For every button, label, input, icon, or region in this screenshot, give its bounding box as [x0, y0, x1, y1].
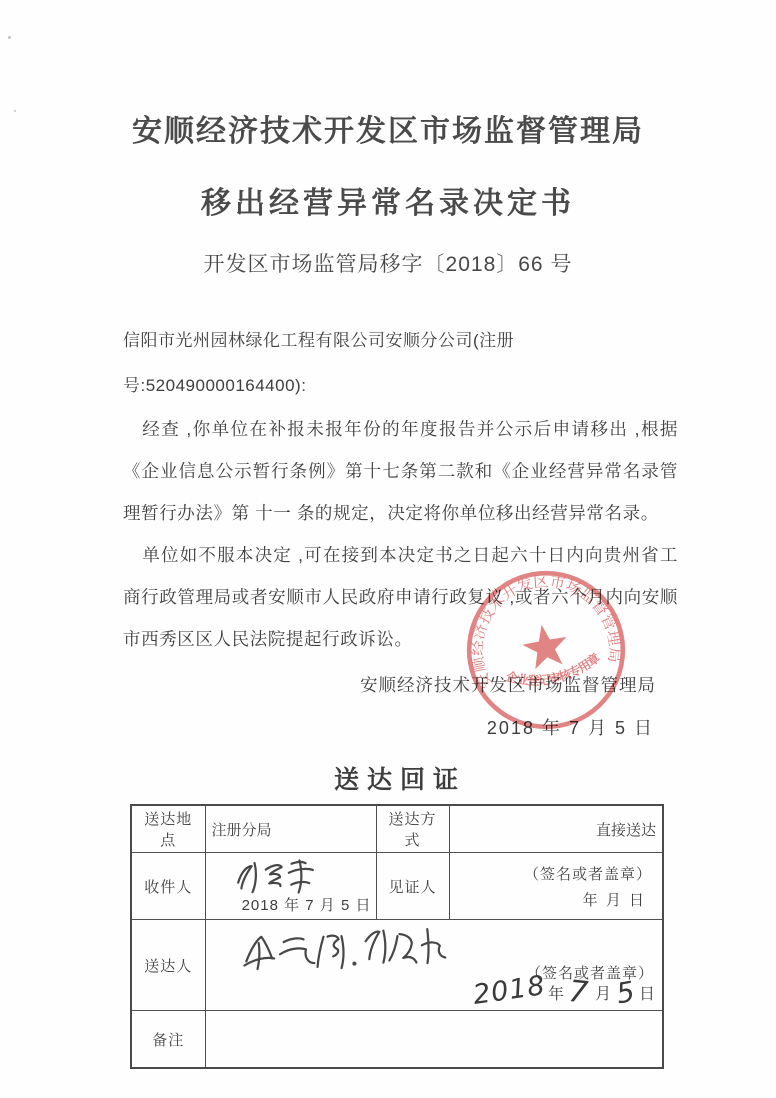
- table-row: 送达地点 注册分局 送达方式 直接送达: [131, 805, 663, 853]
- day-unit: 日: [639, 986, 656, 1003]
- delivery-method-value: 直接送达: [449, 805, 663, 853]
- delivery-place-value: 注册分局: [205, 805, 376, 853]
- witness-date-blank: 年 月 日: [456, 889, 657, 910]
- witness-label: 见证人: [376, 853, 449, 920]
- witness-signature-cell: （签名或者盖章） 年 月 日: [449, 853, 663, 920]
- remark-value-cell: [205, 1011, 663, 1069]
- year-unit: 年: [548, 986, 565, 1003]
- scan-speckle: [8, 36, 11, 39]
- closing-block: 安顺经济技术开发区市场监督管理局 2018 年 7 月 5 日: [123, 672, 678, 740]
- addressee-block: 信阳市光州园林绿化工程有限公司安顺分公司(注册 号:52049000016440…: [123, 318, 678, 408]
- deliverer-hand-date: 2018年7月5日: [473, 972, 656, 1007]
- scan-speckle: [14, 110, 16, 112]
- deliverer-signature-cell: （签名或者盖章） 2018年7月5日: [205, 920, 663, 1011]
- body-paragraph-2: 单位如不服本决定 ,可在接到本决定书之日起六十日内向贵州省工商行政管理局或者安顺…: [123, 534, 678, 660]
- document-title-line2: 移出经营异常名录决定书: [0, 178, 776, 222]
- document-title-line1: 安顺经济技术开发区市场监督管理局: [0, 0, 776, 150]
- body-paragraph-1: 经查 ,你单位在补报未报年份的年度报告并公示后申请移出 ,根据《企业信息公示暂行…: [123, 408, 678, 534]
- deliverer-label: 送达人: [131, 920, 205, 1011]
- table-row: 备注: [131, 1011, 663, 1069]
- addressee-line1: 信阳市光州园林绿化工程有限公司安顺分公司(注册: [123, 318, 678, 363]
- document-number: 开发区市场监管局移字〔2018〕66 号: [0, 248, 776, 278]
- recipient-signature-cell: 2018 年 7 月 5 日: [205, 853, 376, 920]
- hand-day: 5: [614, 975, 638, 1011]
- closing-date: 2018 年 7 月 5 日: [123, 714, 678, 740]
- delivery-method-label: 送达方式: [376, 805, 449, 853]
- table-row: 送达人 （签名或者盖章） 2018年7月5日: [131, 920, 663, 1011]
- hand-year: 2018: [472, 970, 548, 1011]
- month-unit: 月: [595, 986, 612, 1003]
- delivery-place-label: 送达地点: [131, 805, 205, 853]
- recipient-sign-date: 2018 年 7 月 5 日: [242, 894, 372, 915]
- addressee-line2: 号:520490000164400):: [123, 363, 678, 408]
- recipient-signature-handwriting: [227, 853, 338, 899]
- closing-agency: 安顺经济技术开发区市场监督管理局: [123, 672, 678, 697]
- recipient-label: 收件人: [131, 853, 205, 920]
- deliverer-signature-handwriting: [231, 920, 458, 983]
- table-row: 收件人 2018 年 7 月 5 日 见证人 （签名或者盖章） 年 月 日: [131, 853, 663, 920]
- receipt-title: 送达回证: [130, 760, 662, 796]
- witness-sign-hint: （签名或者盖章）: [456, 863, 657, 884]
- remark-label: 备注: [131, 1011, 205, 1069]
- scanned-document-page: 安顺经济技术开发区市场监督管理局 移出经营异常名录决定书 开发区市场监管局移字〔…: [0, 0, 776, 1098]
- hand-month: 7: [567, 974, 591, 1011]
- delivery-receipt-table: 送达地点 注册分局 送达方式 直接送达 收件人 2018 年 7 月 5 日 见…: [130, 804, 664, 1069]
